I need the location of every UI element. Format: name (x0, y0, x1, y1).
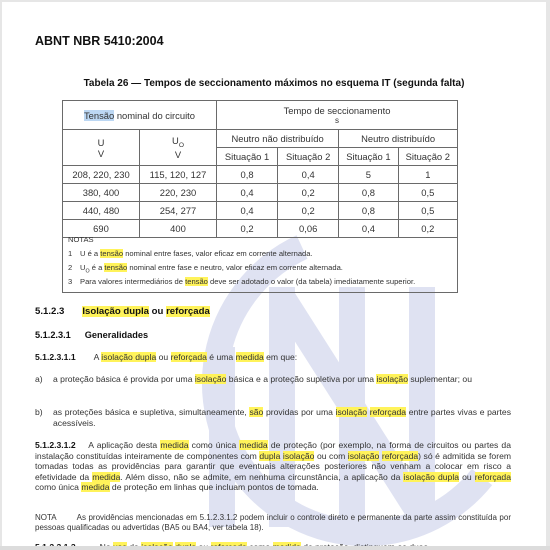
table-row: 440, 480254, 2770,40,20,80,5 (63, 202, 458, 220)
section-512311-paragraph: 5.1.2.3.1.1A isolação dupla ou reforçada… (35, 352, 511, 363)
situacao-header: Situação 2 (278, 148, 339, 166)
document-header: ABNT NBR 5410:2004 (35, 34, 164, 48)
situacao-header: Situação 1 (217, 148, 278, 166)
list-item-b: b) as proteções básica e supletiva, simu… (35, 407, 511, 428)
section-5123-heading: 5.1.2.3Isolação dupla ou reforçada (35, 306, 210, 317)
voltage-group-header: Tensão nominal do circuito (63, 101, 217, 130)
situacao-header: Situação 2 (398, 148, 457, 166)
table-row: 208, 220, 230115, 120, 1270,80,451 (63, 166, 458, 184)
note-item: 3Para valores intermediários de tensão d… (68, 275, 452, 289)
neutro-nao-distribuido-header: Neutro não distribuído (217, 130, 339, 148)
neutro-distribuido-header: Neutro distribuído (339, 130, 458, 148)
document-page: ABNT NBR 5410:2004 Tabela 26 — Tempos de… (2, 2, 546, 550)
page-bottom-edge (0, 546, 550, 550)
time-group-header: Tempo de seccionamentos (217, 101, 458, 130)
nota-paragraph: NOTAAs providências mencionadas em 5.1.2… (35, 513, 511, 533)
section-512312-paragraph: 5.1.2.3.1.2 A aplicação desta medida com… (35, 440, 511, 493)
disconnection-time-table: Tensão nominal do circuito Tempo de secc… (62, 100, 458, 238)
table-row: 380, 400220, 2300,40,20,80,5 (63, 184, 458, 202)
table-caption: Tabela 26 — Tempos de seccionamento máxi… (2, 78, 546, 89)
section-51231-heading: 5.1.2.3.1Generalidades (35, 330, 148, 340)
list-item-a: a) a proteção básica é provida por uma i… (35, 374, 511, 385)
situacao-header: Situação 1 (339, 148, 398, 166)
col-u-header: UV (63, 130, 140, 166)
col-uo-header: UOV (140, 130, 217, 166)
note-item: 1U é a tensão nominal entre fases, valor… (68, 247, 452, 261)
note-item: 2UO é a tensão nominal entre fase e neut… (68, 261, 452, 275)
table-notes: NOTAS 1U é a tensão nominal entre fases,… (62, 229, 458, 293)
notes-title: NOTAS (68, 233, 452, 247)
